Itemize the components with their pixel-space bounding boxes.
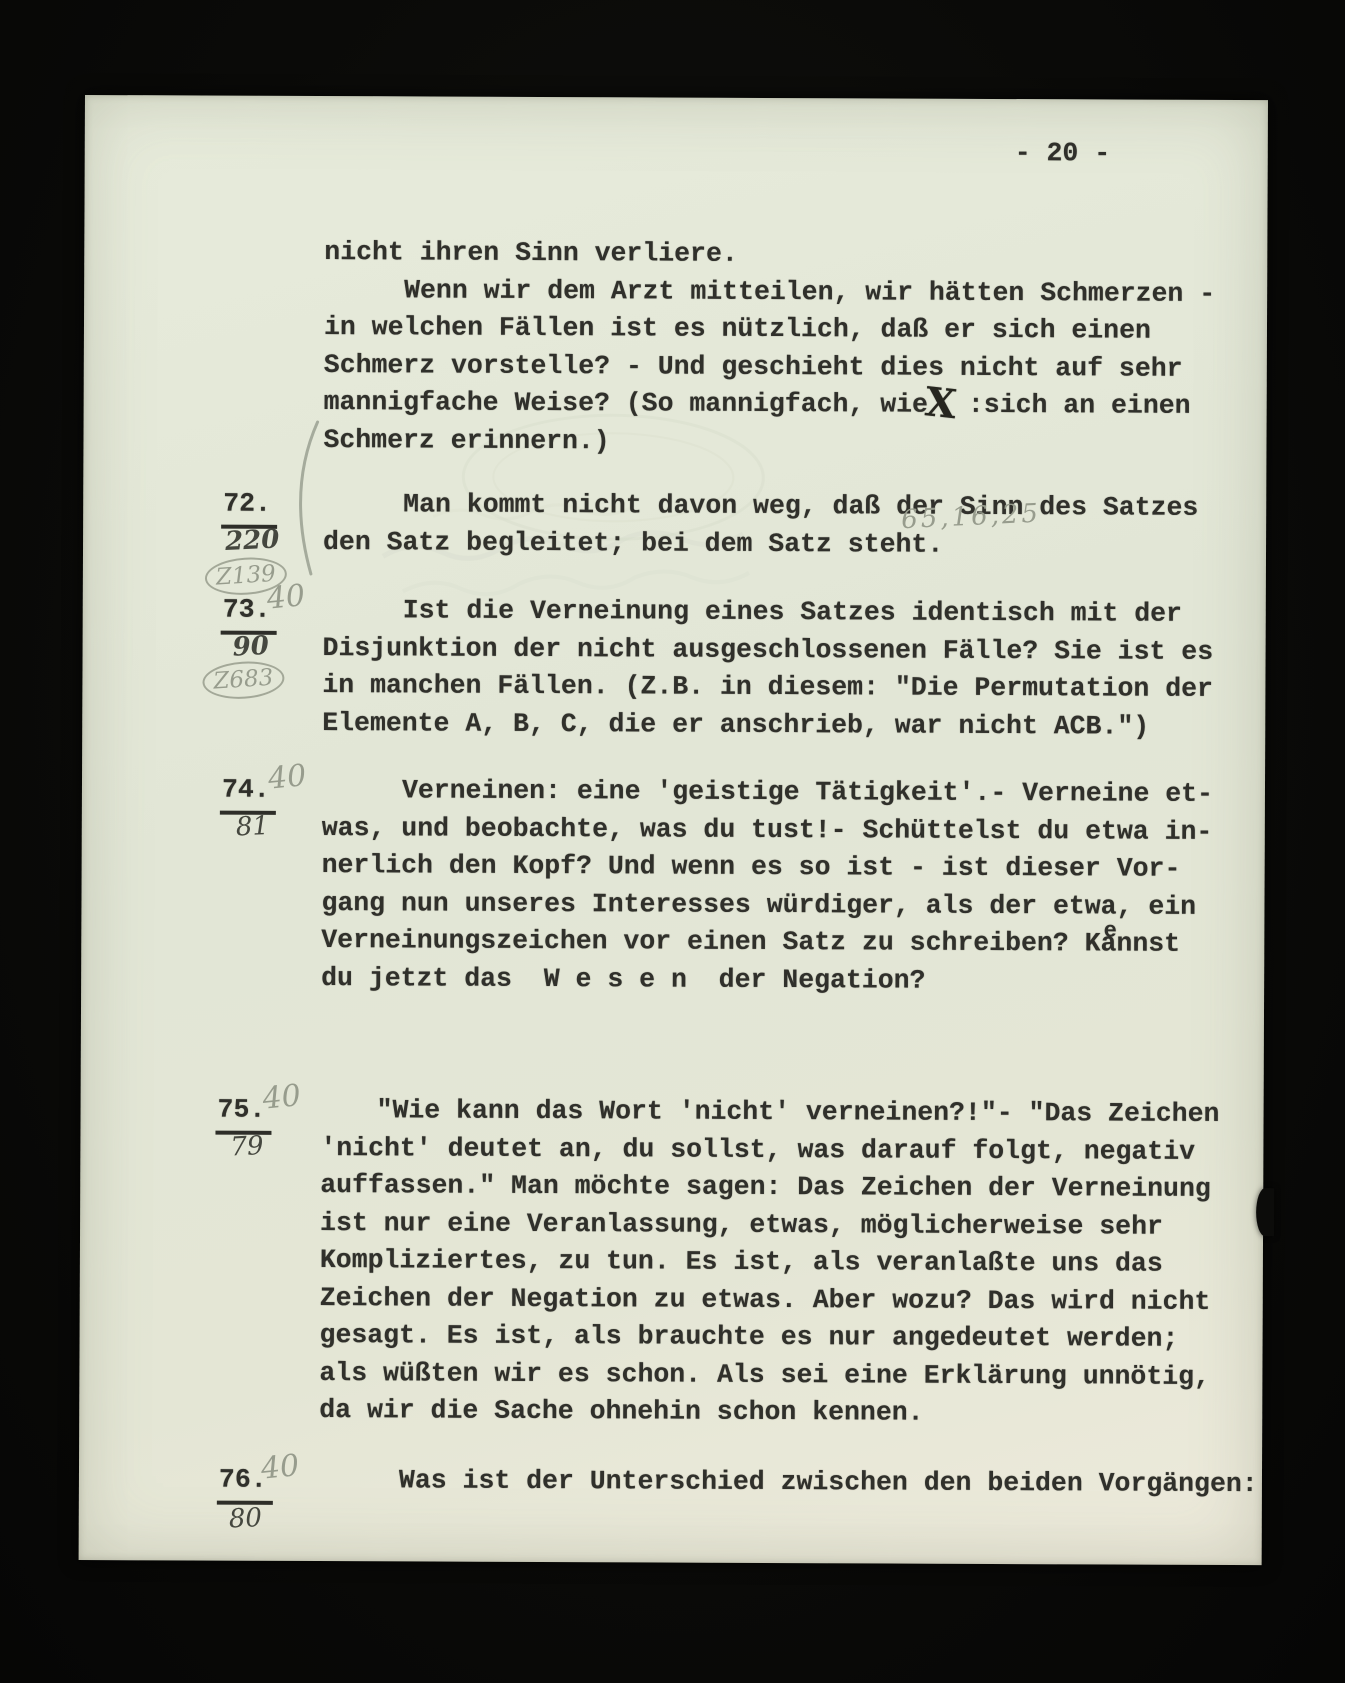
paper-edge-notch [1256,1188,1274,1236]
typescript-line: Was ist der Unterschied zwischen den bei… [319,1462,1258,1504]
typescript-line: Zeichen der Negation zu etwas. Aber wozu… [320,1280,1219,1321]
line-segment: mannigfache Weise? (So mannigfach, wie [324,387,928,420]
typescript-line: Kompliziertes, zu tun. Es ist, als veran… [320,1242,1219,1283]
typescript-line: in welchen Fällen ist es nützlich, daß e… [324,309,1215,350]
margin-note-81: 81 [235,811,269,843]
section-72-text: Man kommt nicht davon weg, daß der Sinn … [323,486,1198,565]
line-segment: nnst [1116,929,1180,959]
margin-note-40: 40 [265,578,307,617]
typescript-line: Man kommt nicht davon weg, daß der Sinn … [323,486,1198,527]
margin-note-40: 40 [261,1078,303,1117]
margin-note-40: 40 [259,1448,301,1487]
margin-note-80: 80 [228,1503,262,1535]
typescript-line: Schmerz vorstelle? - Und geschieht dies … [324,347,1215,388]
typescript-line: Elemente A, B, C, die er anschrieb, war … [322,705,1213,746]
section-74-text: Verneinen: eine 'geistige Tätigkeit'.- V… [321,772,1213,1001]
typescript-line: 'nicht' deutet an, du sollst, was darauf… [320,1130,1219,1171]
margin-note-z683: Z683 [201,659,285,701]
typescript-line: Wenn wir dem Arzt mitteilen, wir hätten … [324,272,1215,313]
typescript-line: Schmerz erinnern.) [323,422,1214,463]
section-75-text: "Wie kann das Wort 'nicht' verneinen?!"-… [319,1092,1219,1433]
section-76-text: Was ist der Unterschied zwischen den bei… [319,1462,1258,1504]
typescript-line: was, und beobachte, was du tust!- Schütt… [322,810,1213,851]
section-73-text: Ist die Verneinung eines Satzes identisc… [322,592,1213,746]
margin-note-40: 40 [266,758,308,797]
typescript-line: Verneinen: eine 'geistige Tätigkeit'.- V… [322,772,1213,813]
page-number: - 20 - [1015,135,1111,173]
typed-superscript-e: e [1104,912,1117,950]
typescript-line: "Wie kann das Wort 'nicht' verneinen?!"-… [320,1092,1219,1133]
margin-note-220: 220 [224,524,280,557]
typescript-line: nicht ihren Sinn verliere. [324,234,1215,275]
margin-note-90: 90 [232,631,270,663]
typescript-line: Ist die Verneinung eines Satzes identisc… [323,592,1214,633]
intro-paragraph: nicht ihren Sinn verliere. Wenn wir dem … [323,234,1215,463]
typescript-line: gesagt. Es ist, als brauchte es nur ange… [320,1317,1219,1358]
typescript-line: den Satz begleitet; bei dem Satz steht. [323,524,1198,565]
typescript-line: Verneinungszeichen vor einen Satz zu sch… [321,922,1212,963]
handwritten-insertion-x-mark: X [926,402,957,405]
typescript-line: in manchen Fällen. (Z.B. in diesem: "Die… [322,667,1213,708]
typescript-line: mannigfache Weise? (So mannigfach, wieX … [324,384,1215,425]
typescript-line: als wüßten wir es schon. Als sei eine Er… [319,1355,1218,1396]
line-segment: Verneinungszeichen vor einen Satz zu sch… [321,925,1100,958]
typescript-line: nerlich den Kopf? Und wenn es so ist - i… [322,847,1213,888]
typescript-line: auffassen." Man möchte sagen: Das Zeiche… [320,1167,1219,1208]
typescript-line: da wir die Sache ohnehin schon kennen. [319,1392,1218,1433]
margin-note-79: 79 [230,1131,264,1163]
typescript-line: ist nur eine Veranlassung, etwas, möglic… [320,1205,1219,1246]
section-number-72: 72. [221,486,277,529]
typescript-line: gang nun unseres Interesses würdiger, al… [321,885,1212,926]
typescript-line: Disjunktion der nicht ausgeschlossenen F… [323,630,1214,671]
typescript-line: du jetzt das W e s e n der Negation? [321,960,1212,1001]
typescript-page: - 20 - nicht ihren Sinn verliere. Wenn w… [79,95,1268,1565]
line-segment: :sich an einen [952,390,1191,421]
overtyped-correction: ea [1100,928,1116,958]
